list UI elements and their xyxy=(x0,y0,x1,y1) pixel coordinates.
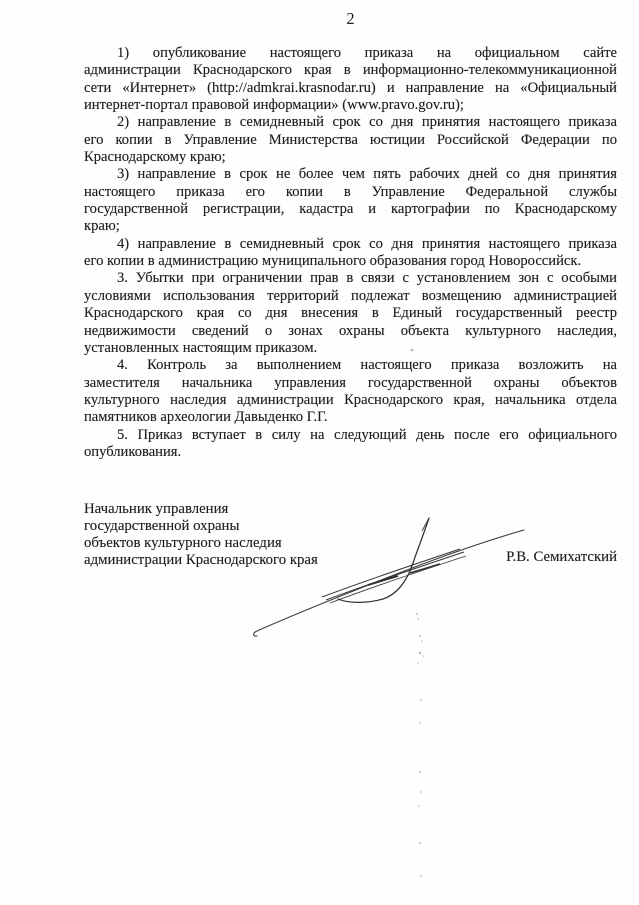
signatory-title-line: государственной охраны xyxy=(84,518,404,535)
paragraph-line: 5. Приказ вступает в силу на следующий д… xyxy=(84,427,617,444)
paragraph-line: Краснодарского края со дня внесения в Ед… xyxy=(84,305,617,322)
paragraph-line: заместителя начальника управления госуда… xyxy=(84,375,617,392)
paragraph-line: условиями использования территорий подле… xyxy=(84,288,617,305)
signatory-name: Р.В. Семихатский xyxy=(84,549,617,566)
paragraph-line: 1) опубликование настоящего приказа на о… xyxy=(84,45,617,62)
page-number: 2 xyxy=(84,9,617,29)
paragraph-line: его копии в Управление Министерства юсти… xyxy=(84,132,617,149)
signature-dash xyxy=(368,576,398,585)
paragraph-line: 3) направление в срок не более чем пять … xyxy=(84,166,617,183)
paragraph-line: 4) направление в семидневный срок со дня… xyxy=(84,236,617,253)
signatory-title-line: Начальник управления xyxy=(84,501,404,518)
paragraph-line: настоящего приказа его копии в Управлени… xyxy=(84,184,617,201)
paragraph-line: 2) направление в семидневный срок со дня… xyxy=(84,114,617,131)
paragraph-line: его копии в администрацию муниципального… xyxy=(84,253,617,270)
paragraph-line: краю; xyxy=(84,218,617,235)
paragraph-line: 3. Убытки при ограничении прав в связи с… xyxy=(84,270,617,287)
paragraph-line: 4. Контроль за выполнением настоящего пр… xyxy=(84,357,617,374)
paragraph-line: интернет-портал правовой информации» (ww… xyxy=(84,97,617,114)
paragraph-line: государственной регистрации, кадастра и … xyxy=(84,201,617,218)
paragraph-line: культурного наследия администрации Красн… xyxy=(84,392,617,409)
paragraph-line: памятников археологии Давыденко Г.Г. xyxy=(84,409,617,426)
document-body: 1) опубликование настоящего приказа на о… xyxy=(84,45,617,461)
paragraph-line: установленных настоящим приказом. xyxy=(84,340,617,357)
paragraph-line: сети «Интернет» (http://admkrai.krasnoda… xyxy=(84,80,617,97)
document-page: 2 1) опубликование настоящего приказа на… xyxy=(0,0,639,905)
paragraph-line: Краснодарскому краю; xyxy=(84,149,617,166)
paragraph-line: администрации Краснодарского края в инфо… xyxy=(84,62,617,79)
signature-flick xyxy=(422,518,429,531)
paragraph-line: опубликования. xyxy=(84,444,617,461)
paragraph-line: недвижимости сведений о зонах охраны объ… xyxy=(84,323,617,340)
